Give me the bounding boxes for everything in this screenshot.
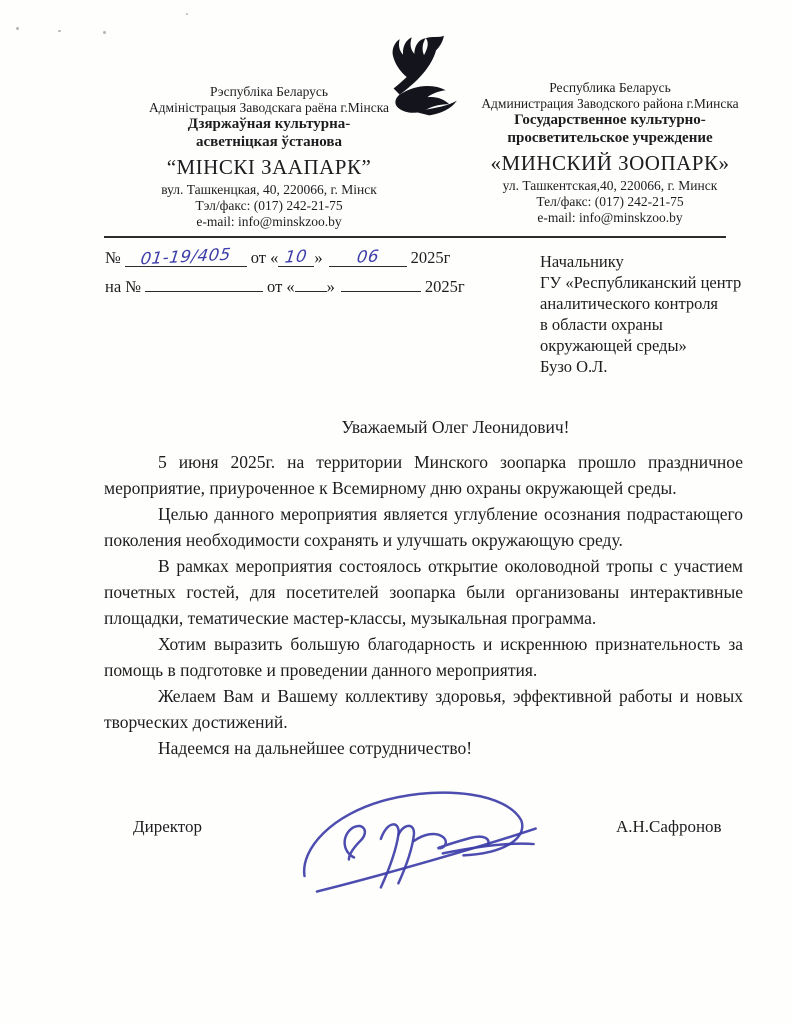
country-line-by: Рэспубліка Беларусь [103,84,435,100]
letter-body: 5 июня 2025г. на территории Минского зоо… [104,449,743,761]
handwritten-signature [288,772,546,912]
org-type-line1-by: Дзяржаўная культурна- [103,116,435,133]
paragraph: Надеемся на дальнейшее сотрудничество! [104,735,743,761]
from-label: от « [251,248,279,267]
year-label-2: 2025г [425,277,465,296]
address-line-by: вул. Ташкенцкая, 40, 220066, г. Мінск [103,182,435,198]
handwritten-month: 06 [355,246,380,266]
reference-block: №01-19/405от «10»062025г на №от «»2025г [105,248,465,298]
incoming-number-row: на №от «»2025г [105,273,465,298]
paragraph: В рамках мероприятия состоялось открытие… [104,553,743,631]
email-line-ru: e-mail: info@minskzoo.by [452,210,768,226]
handwritten-outgoing-number: 01-19/405 [139,245,232,269]
handwritten-day: 10 [284,246,309,266]
addressee-line: окружающей среды» [540,335,770,356]
day-blank: 10 [278,248,314,267]
addressee-line: ГУ «Республиканский центр [540,272,770,293]
org-type-line1-ru: Государственное культурно- [452,112,768,129]
scan-speck [186,13,188,15]
org-type-line2-by: асветніцкая ўстанова [103,134,435,151]
number-label: № [105,248,121,267]
incoming-number-blank [145,273,263,292]
from-label-2: от « [267,277,295,296]
org-name-ru: «МИНСКИЙ ЗООПАРК» [452,151,768,175]
paragraph: Желаем Вам и Вашему коллективу здоровья,… [104,683,743,735]
addressee-line: Бузо О.Л. [540,356,770,377]
quote-close-2: » [327,277,335,296]
signer-position: Директор [133,817,202,837]
country-line-ru: Республика Беларусь [452,80,768,96]
salutation: Уважаемый Олег Леонидович! [105,417,742,438]
signer-name: А.Н.Сафронов [616,817,722,837]
letterhead-right: Республика Беларусь Администрация Заводс… [452,80,768,226]
scan-speck [16,27,19,30]
paragraph: 5 июня 2025г. на территории Минского зоо… [104,449,743,501]
addressee-line: Начальнику [540,251,770,272]
quote-close: » [314,248,322,267]
outgoing-number-row: №01-19/405от «10»062025г [105,248,465,273]
reply-number-label: на № [105,277,141,296]
signature-ink-icon [288,772,546,912]
paragraph: Хотим выразить большую благодарность и и… [104,631,743,683]
org-name-by: “МІНСКІ ЗААПАРК” [103,155,435,179]
month-blank: 06 [329,248,407,267]
paragraph: Целью данного мероприятия является углуб… [104,501,743,553]
email-line-by: e-mail: info@minskzoo.by [103,214,435,230]
outgoing-number-blank: 01-19/405 [125,248,247,267]
administration-line-by: Адміністрацыя Заводскага раёна г.Мінска [103,100,435,116]
phone-line-ru: Тел/факс: (017) 242-21-75 [452,194,768,210]
letterhead-left: Рэспубліка Беларусь Адміністрацыя Заводс… [103,84,435,230]
address-line-ru: ул. Ташкентская,40, 220066, г. Минск [452,178,768,194]
addressee-block: Начальнику ГУ «Республиканский центр ана… [540,251,770,377]
administration-line-ru: Администрация Заводского района г.Минска [452,96,768,112]
phone-line-by: Тэл/факс: (017) 242-21-75 [103,198,435,214]
addressee-line: в области охраны [540,314,770,335]
scan-speck [58,30,61,32]
addressee-line: аналитического контроля [540,293,770,314]
month-blank-2 [341,273,421,292]
day-blank-2 [295,273,327,292]
year-label: 2025г [411,248,451,267]
org-type-line2-ru: просветительское учреждение [452,130,768,147]
letterhead-divider [104,236,726,238]
scan-speck [103,31,106,34]
